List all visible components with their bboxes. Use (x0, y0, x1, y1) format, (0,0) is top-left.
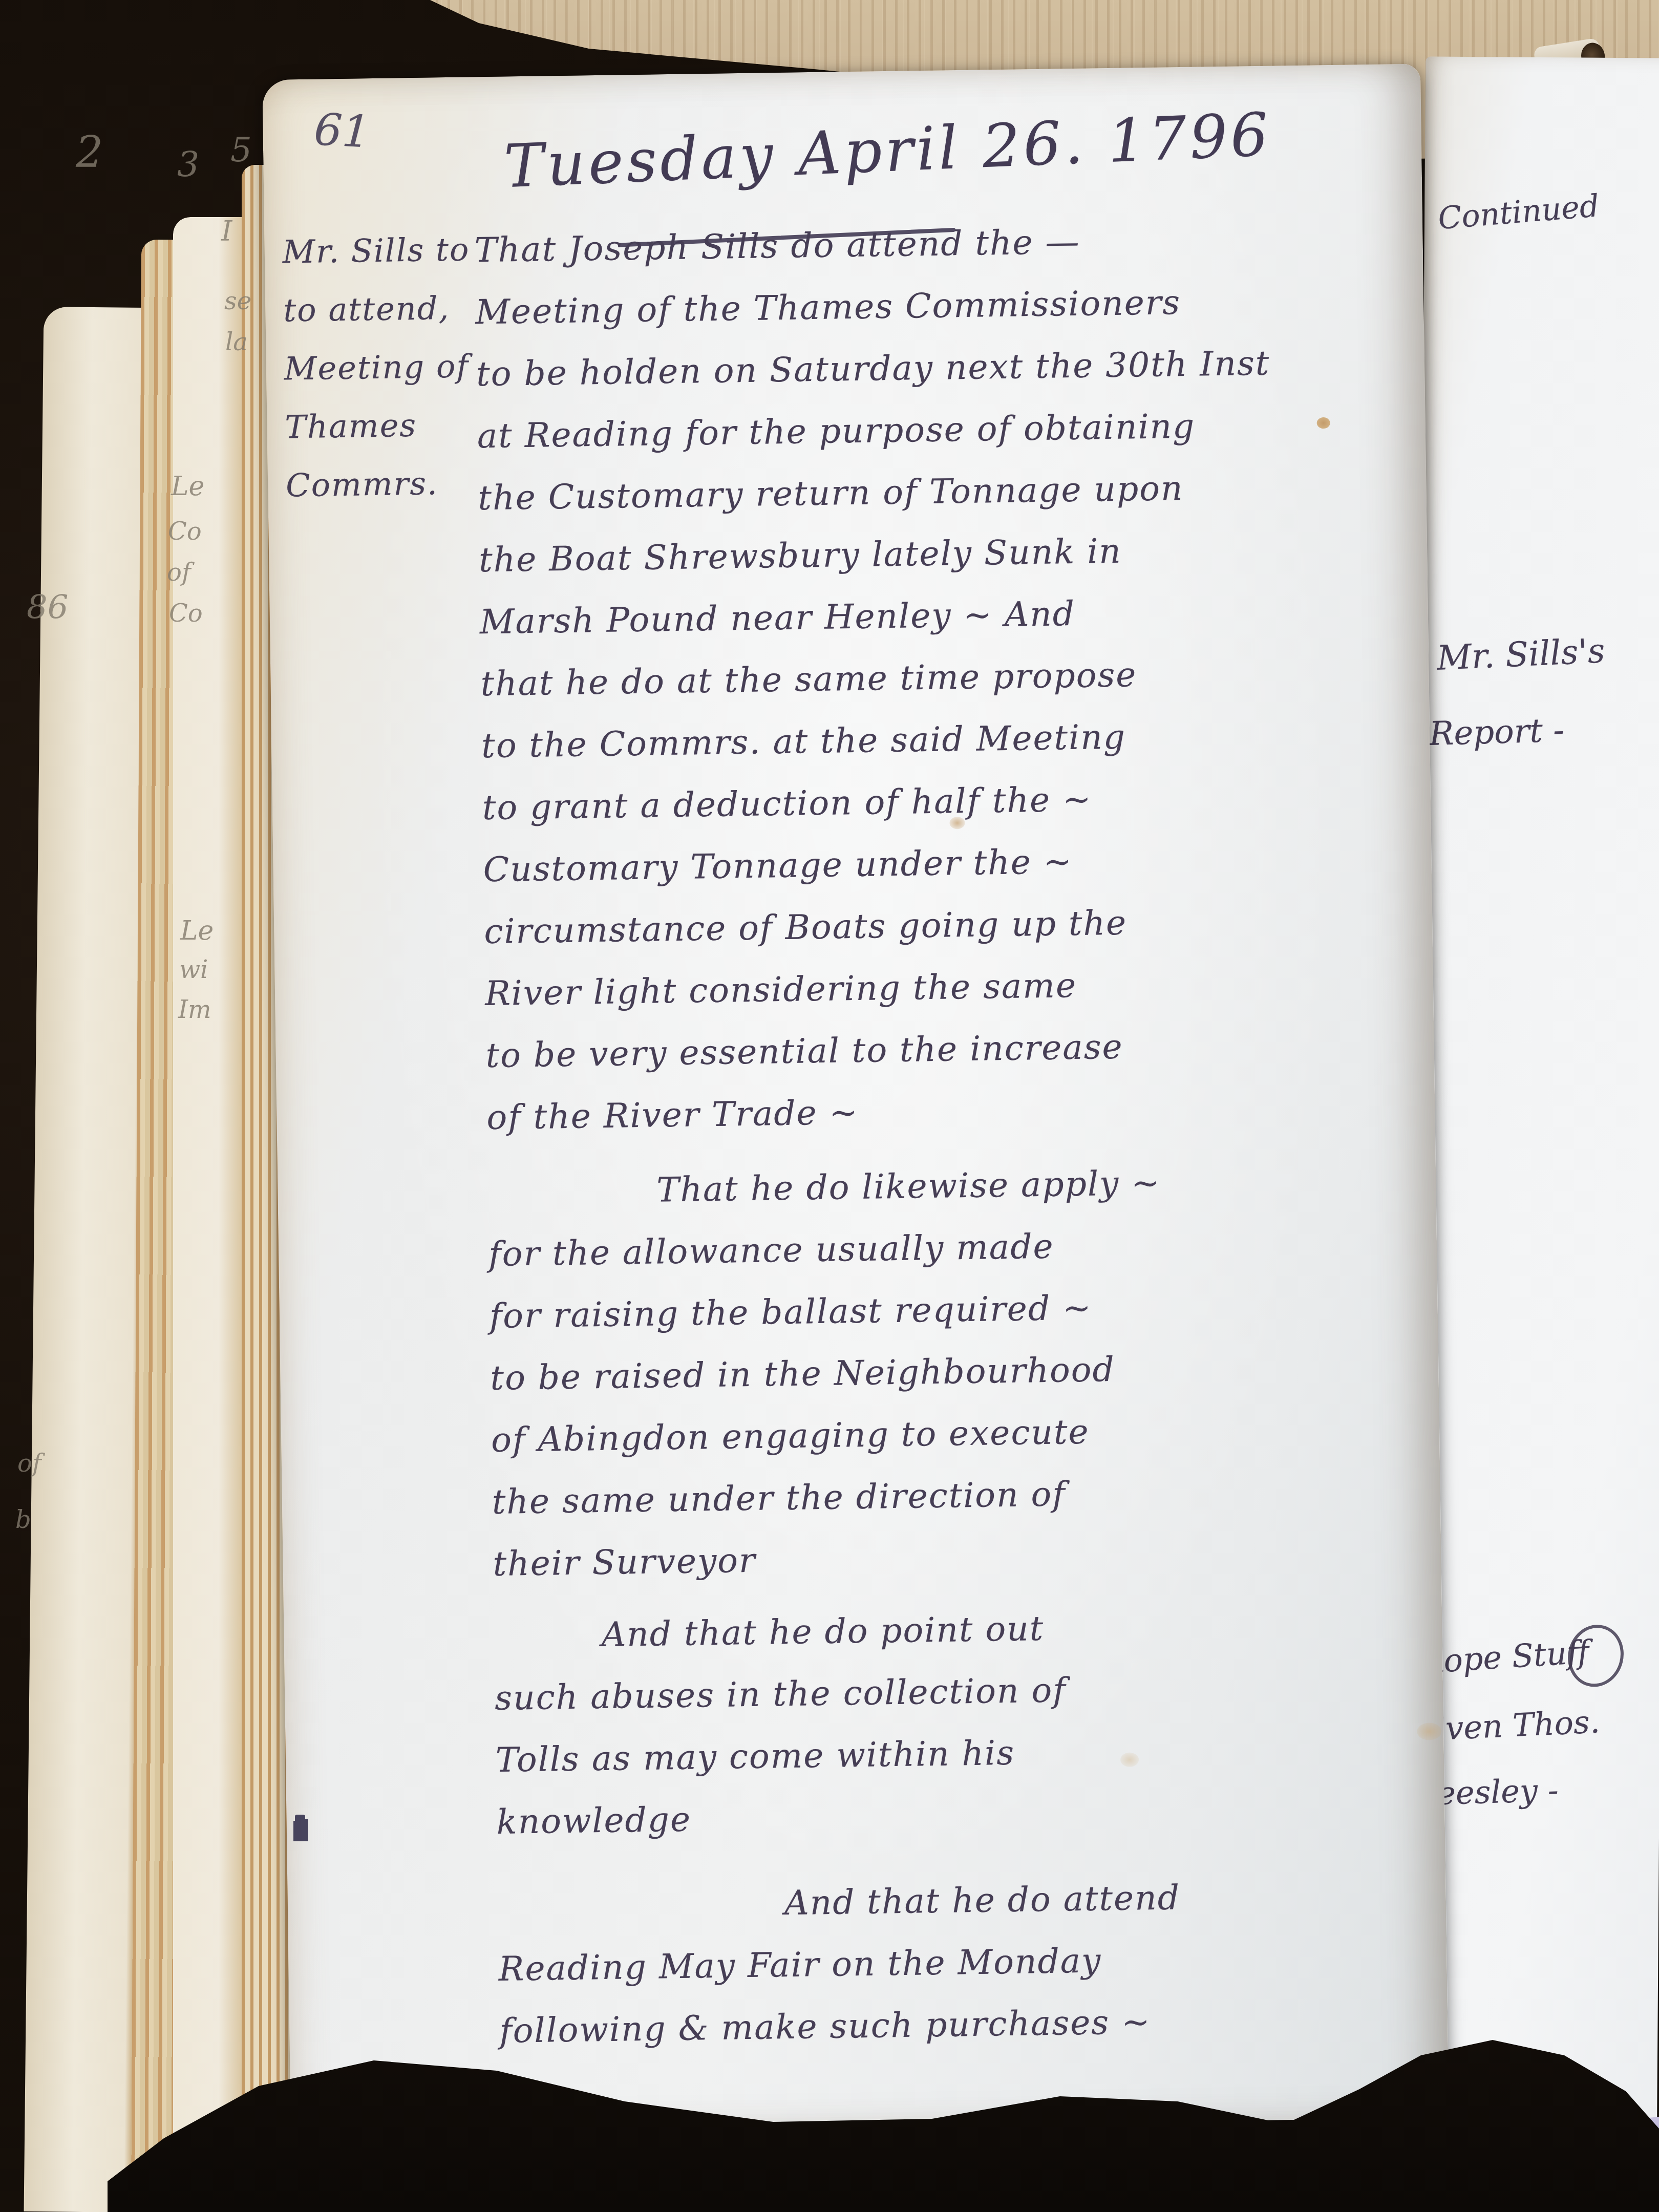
body-line: Reading May Fair on the Monday (498, 1941, 1102, 1988)
body-line: of the River Trade ~ (486, 1093, 859, 1137)
margin-note-line: Commrs. (286, 464, 439, 504)
page-edge-text-fragment: 5 (230, 130, 252, 169)
page-edge-text-fragment: I (221, 215, 232, 247)
page-edge-text-fragment: 86 (27, 589, 68, 627)
foxing-stain (1317, 417, 1330, 429)
foxing-stain (1120, 1752, 1139, 1767)
page-edge-text-fragment: Le (180, 916, 214, 946)
body-line: River light considering the same (485, 966, 1077, 1013)
ink-circle-flourish (1561, 1619, 1630, 1693)
margin-note-line: Mr. Sills to (282, 230, 470, 270)
page-edge-text-fragment: of (17, 1449, 41, 1478)
page-edge-text-fragment: 2 (76, 127, 103, 177)
body-line: Tolls as may come within his (495, 1733, 1015, 1780)
body-line: knowledge (496, 1800, 691, 1842)
page-edge-text-fragment: Co (168, 517, 202, 546)
body-line: the Customary return of Tonnage upon (478, 469, 1184, 518)
page-edge-text-fragment: Co (169, 599, 203, 628)
body-line: the Boat Shrewsbury lately Sunk in (479, 531, 1122, 580)
body-line: Customary Tonnage under the ~ (483, 842, 1073, 889)
body-line: Meeting of the Thames Commissioners (475, 283, 1181, 332)
body-line: the same under the direction of (492, 1474, 1066, 1522)
foxing-stain (1417, 1722, 1441, 1740)
body-line: for raising the ballast required ~ (489, 1288, 1092, 1336)
body-line: of Abingdon engaging to execute (491, 1412, 1090, 1460)
page-edge-strip (173, 217, 249, 2212)
page-edge-text-fragment: Le (171, 471, 204, 502)
entry-date-heading: Tuesday April 26. 1796 (503, 100, 1273, 202)
body-line: And that he do attend (784, 1878, 1180, 1923)
margin-note-sills-report-2: Report - (1429, 712, 1565, 753)
body-line: Marsh Pound near Henley ~ And (479, 594, 1075, 642)
margin-note-line: Meeting of (284, 347, 469, 387)
main-page: 61 Tuesday April 26. 1796 Mr. Sills toto… (262, 63, 1449, 2134)
body-line: their Surveyor (493, 1541, 756, 1584)
page-edge-text-fragment: of (167, 558, 191, 587)
page-edge-text-fragment: wi (179, 955, 208, 984)
body-line: And that he do point out (601, 1609, 1045, 1654)
body-line: That Joseph Sills do attend the — (474, 222, 1080, 270)
page-edge-text-fragment: la (225, 328, 248, 356)
page-edge-text-fragment: b (15, 1505, 31, 1534)
margin-note-sills-report: Mr. Sills's (1436, 631, 1606, 678)
body-line: such abuses in the collection of (495, 1670, 1067, 1718)
margin-note-line: Thames (285, 407, 417, 446)
folio-number: 61 (313, 104, 372, 158)
page-edge-text-fragment: Im (178, 995, 211, 1024)
right-page: Continued Mr. Sills's Report - Rope Stuf… (1411, 56, 1659, 2152)
ink-blot (295, 1815, 305, 1841)
body-line: to grant a deduction of half the ~ (482, 780, 1092, 828)
body-line: circumstance of Boats going up the (484, 903, 1128, 952)
continued-note: Continued (1437, 188, 1601, 237)
body-line: following & make such purchases ~ (499, 2002, 1151, 2051)
foxing-stain (949, 817, 965, 829)
margin-note-line: to attend, (283, 289, 450, 329)
body-line: for the allowance usually made (488, 1227, 1054, 1274)
body-line: That he do likewise apply ~ (656, 1163, 1161, 1210)
page-edge-text-fragment: 3 (177, 144, 199, 185)
body-line: to be holden on Saturday next the 30th I… (476, 344, 1270, 394)
page-edge-text-fragment: se (224, 287, 251, 315)
body-line: that he do at the same time propose (480, 655, 1137, 704)
body-line: to be very essential to the increase (485, 1027, 1123, 1075)
body-line: at Reading for the purpose of obtaining (477, 407, 1195, 456)
body-line: to the Commrs. at the said Meeting (481, 717, 1126, 766)
body-line: to be raised in the Neighbourhood (490, 1350, 1115, 1398)
margin-note-rope-stuff: Rope Stuff (1419, 1633, 1590, 1681)
manuscript-photo: Continued Mr. Sills's Report - Rope Stuf… (0, 0, 1659, 2212)
